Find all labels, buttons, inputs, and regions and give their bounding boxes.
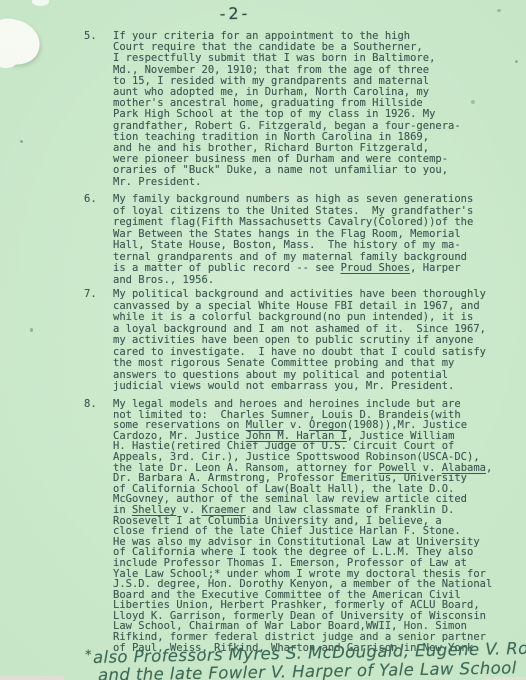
paragraph-8: 8.My legal models and heroes and heroine…	[84, 399, 492, 653]
document-page: -2- 5.If your criteria for an appointmen…	[0, 0, 526, 680]
ink-speck	[471, 100, 475, 104]
paragraph-number: 6.	[84, 194, 113, 286]
ink-speck	[20, 140, 23, 143]
paragraph-lines: If your criteria for an appointment to t…	[113, 31, 461, 188]
page-number: -2-	[120, 2, 350, 25]
paragraph-number: 8.	[84, 399, 113, 653]
ink-speck	[497, 9, 501, 12]
text-line: judicial views would not embarrass you, …	[113, 381, 486, 393]
asterisk-marker: *	[85, 648, 92, 663]
paragraph-number: 7.	[84, 289, 113, 393]
paragraph-lines: My family background numbers as high as …	[113, 194, 473, 286]
text-line: and Bros., 1956.	[113, 275, 473, 287]
ink-speck	[30, 328, 33, 332]
paragraph-5: 5.If your criteria for an appointment to…	[84, 31, 461, 188]
paper-speck	[32, 0, 49, 6]
ink-speck	[515, 60, 518, 63]
paragraph-7: 7.My political background and activities…	[84, 289, 486, 393]
text-line: Mr. President.	[113, 177, 461, 188]
paragraph-lines: My legal models and heroes and heroines …	[113, 399, 492, 653]
paragraph-6: 6.My family background numbers as high a…	[84, 194, 473, 286]
paragraph-lines: My political background and activities h…	[113, 289, 486, 393]
paragraph-number: 5.	[84, 31, 113, 188]
bottom-edge-artifact	[0, 676, 64, 680]
